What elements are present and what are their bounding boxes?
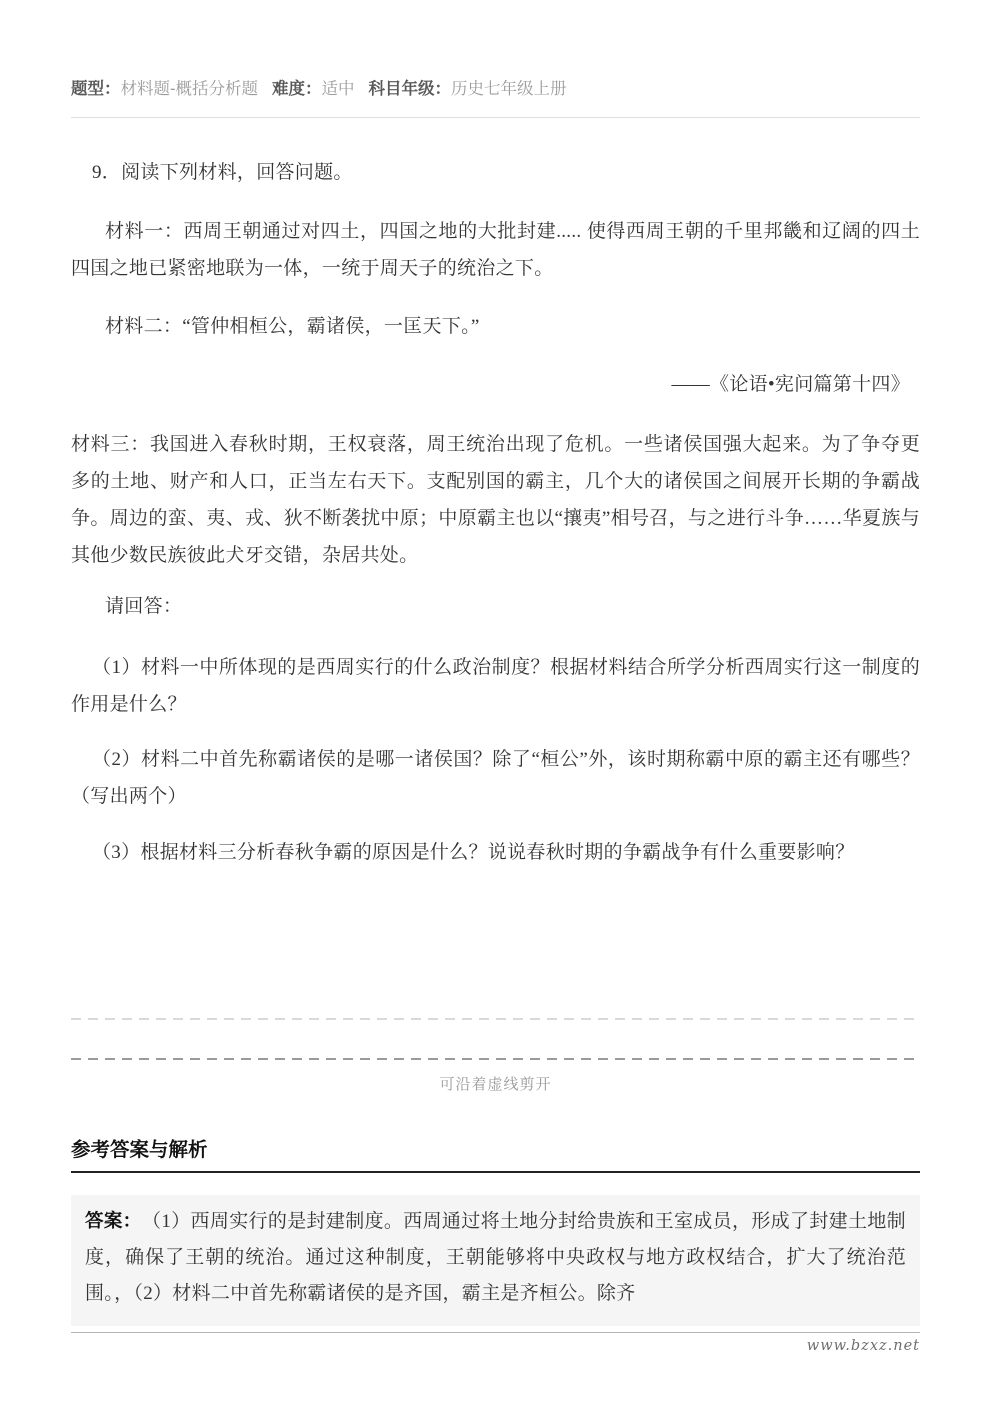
footer-divider [71, 1332, 920, 1333]
answer-section-divider [71, 1171, 920, 1173]
subject-grade-value: 历史七年级上册 [451, 80, 567, 98]
question-type-value: 材料题-概括分析题 [121, 80, 259, 98]
difficulty-value: 适中 [322, 80, 355, 98]
sub-question-1: （1）材料一中所体现的是西周实行的什么政治制度？根据材料结合所学分析西周实行这一… [71, 649, 920, 723]
answer-section-heading: 参考答案与解析 [71, 1137, 920, 1163]
answer-prompt: 请回答： [71, 588, 920, 625]
difficulty-label: 难度： [272, 80, 322, 98]
header-divider [71, 117, 920, 118]
question-number-line: 9．阅读下列材料，回答问题。 [71, 154, 920, 191]
answer-label: 答案： [85, 1210, 142, 1231]
footer-site-url: www.bzxz.net [71, 1338, 920, 1354]
material-two-source: ——《论语•宪问篇第十四》 [71, 366, 920, 403]
material-one-paragraph: 材料一：西周王朝通过对四土，四国之地的大批封建..... 使得西周王朝的千里邦畿… [71, 213, 920, 287]
answer-box: 答案：（1）西周实行的是封建制度。西周通过将土地分封给贵族和王室成员，形成了封建… [71, 1195, 920, 1326]
cut-dashed-line-upper [71, 1018, 920, 1020]
cut-dashed-line-lower [71, 1058, 920, 1060]
cut-hint-text: 可沿着虚线剪开 [71, 1074, 920, 1096]
question-type-label: 题型： [71, 80, 121, 98]
worksheet-page: 题型：材料题-概括分析题难度：适中科目年级：历史七年级上册 9．阅读下列材料，回… [0, 0, 992, 1403]
sub-question-3: （3）根据材料三分析春秋争霸的原因是什么？说说春秋时期的争霸战争有什么重要影响？ [71, 834, 920, 871]
answer-paragraph: 答案：（1）西周实行的是封建制度。西周通过将土地分封给贵族和王室成员，形成了封建… [85, 1203, 906, 1312]
material-three-paragraph: 材料三：我国进入春秋时期，王权衰落，周王统治出现了危机。一些诸侯国强大起来。为了… [71, 426, 920, 574]
sub-question-2: （2）材料二中首先称霸诸侯的是哪一诸侯国？除了“桓公”外，该时期称霸中原的霸主还… [71, 741, 920, 815]
subject-grade-label: 科目年级： [369, 80, 452, 98]
material-two-paragraph: 材料二：“管仲相桓公，霸诸侯，一匡天下。” [71, 308, 920, 345]
question-meta-header: 题型：材料题-概括分析题难度：适中科目年级：历史七年级上册 [71, 78, 920, 100]
answer-text: （1）西周实行的是封建制度。西周通过将土地分封给贵族和王室成员，形成了封建土地制… [85, 1211, 906, 1304]
